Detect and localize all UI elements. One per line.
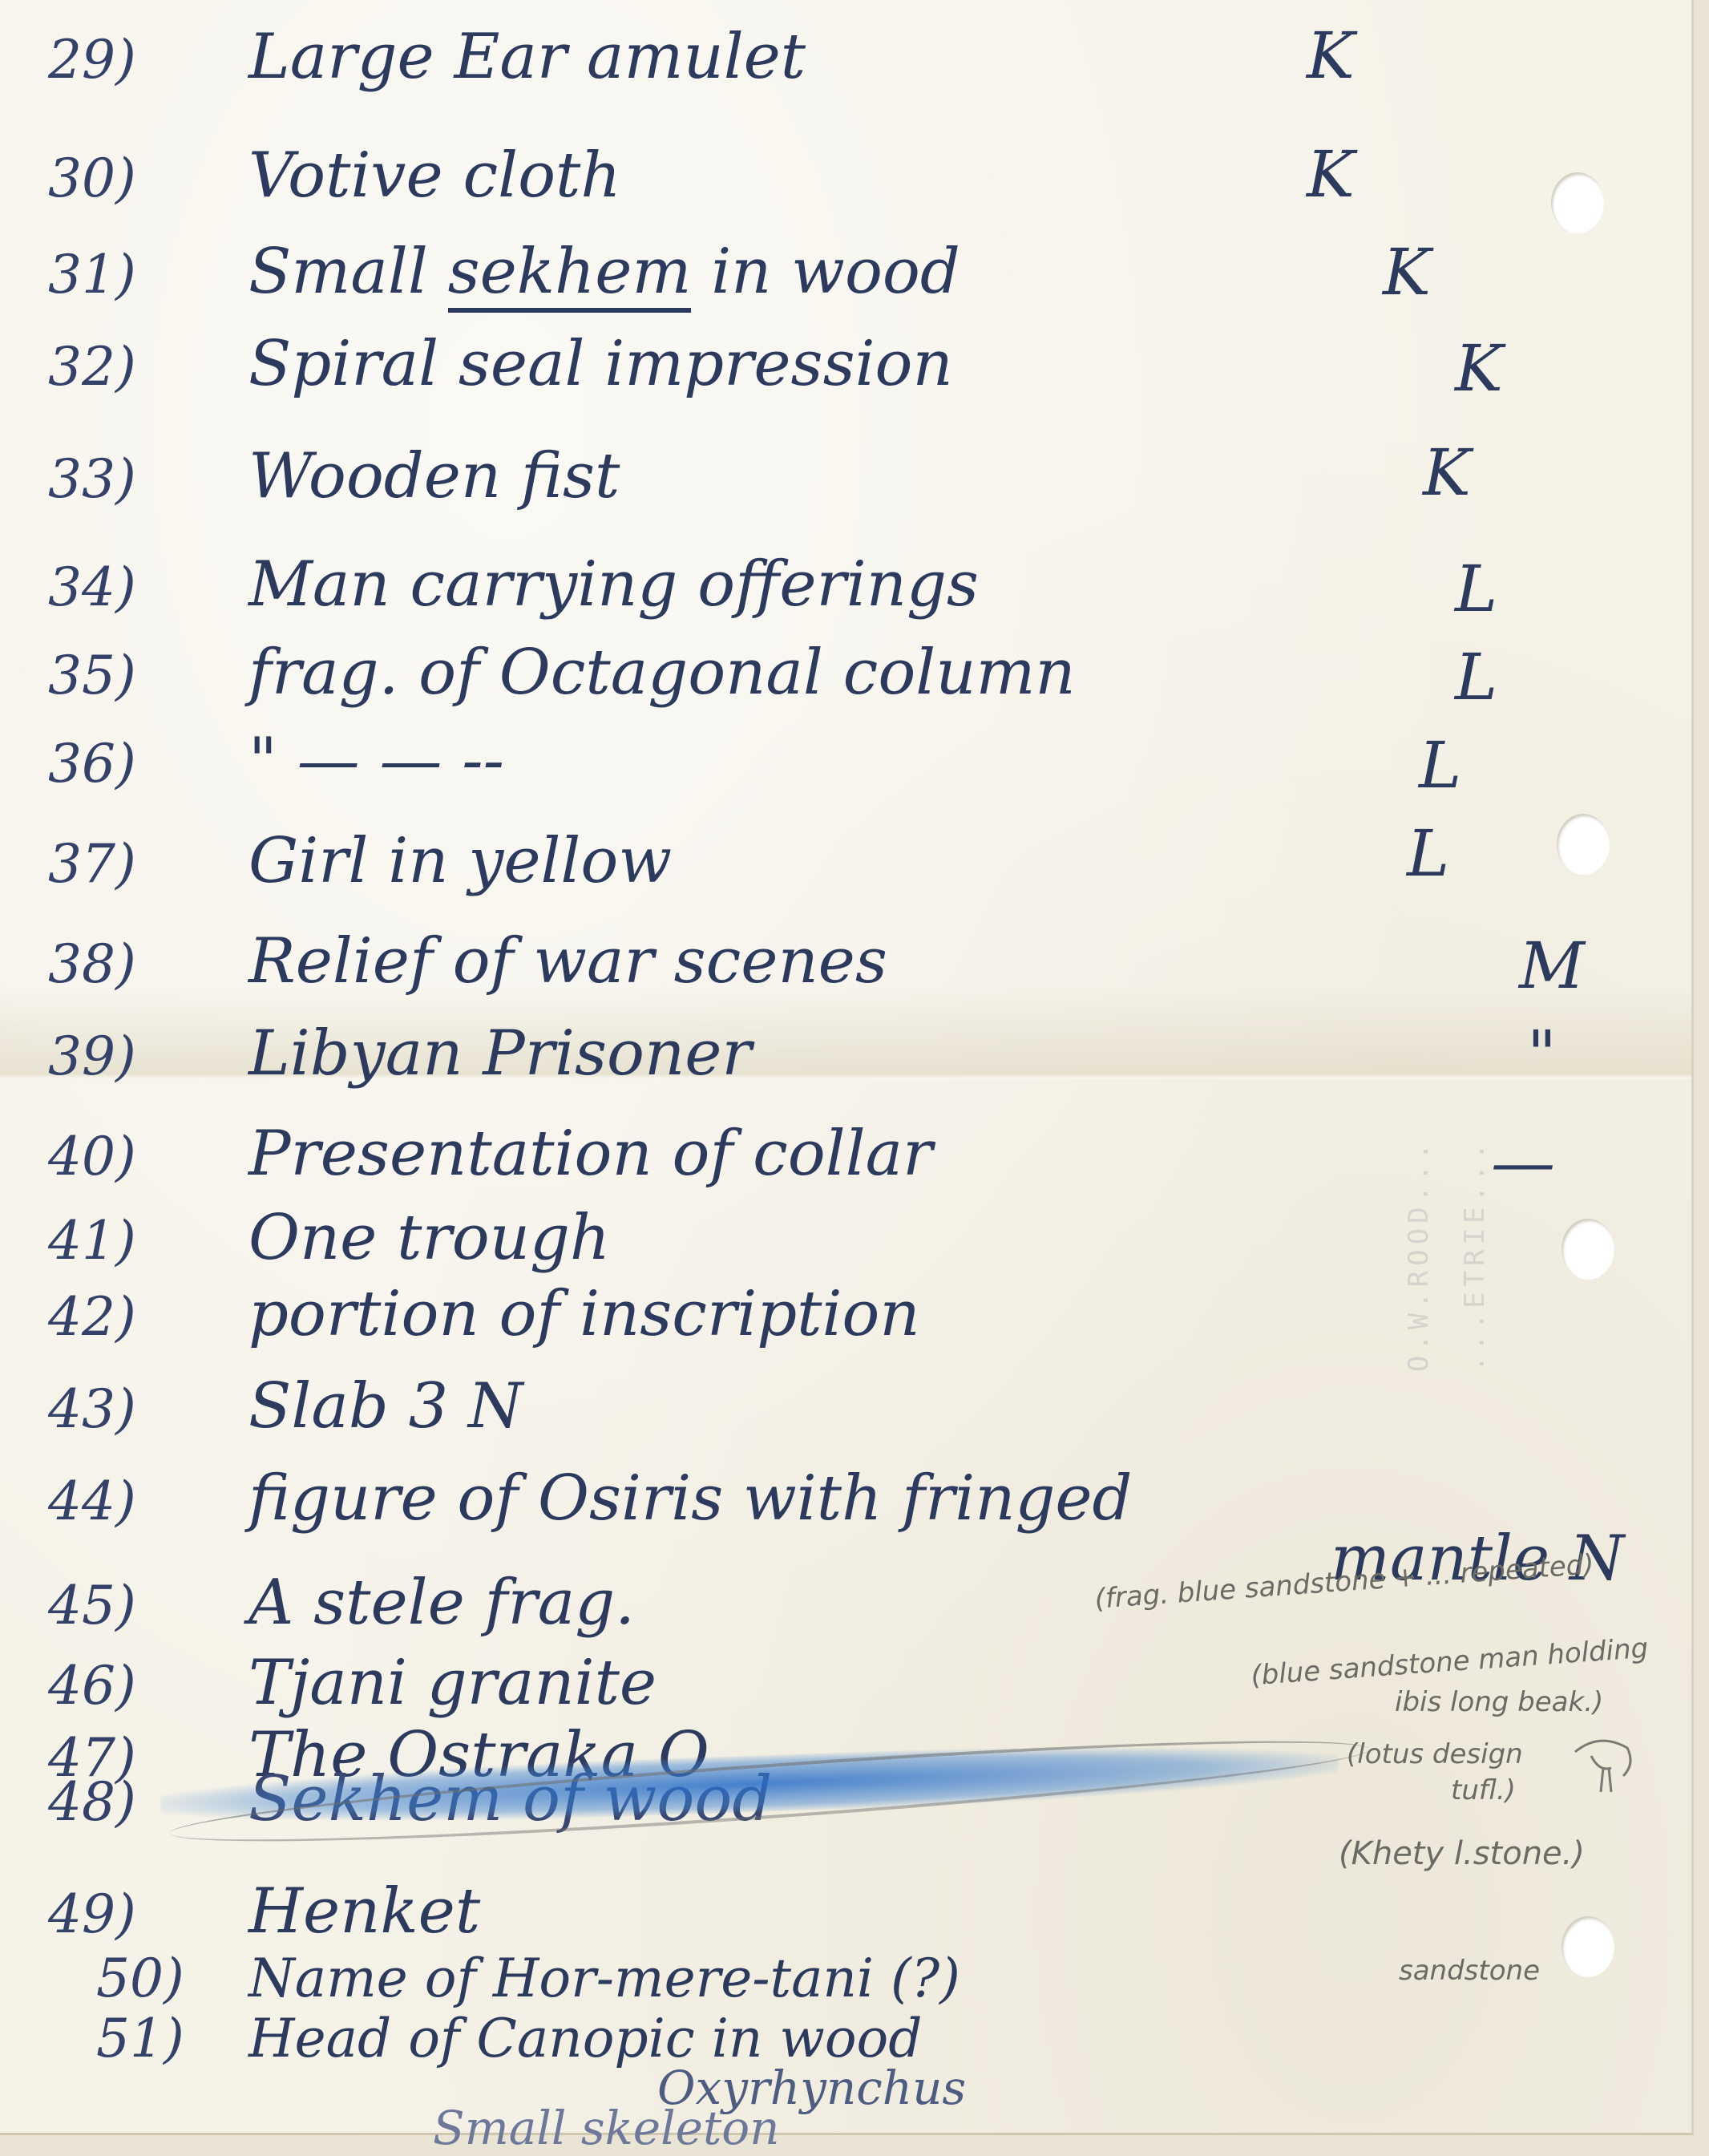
item-number: 32) bbox=[48, 341, 248, 394]
item-number: 38) bbox=[48, 938, 248, 991]
list-item: 40)Presentation of collar bbox=[48, 1122, 932, 1185]
item-number: 33) bbox=[48, 453, 248, 506]
item-description: frag. of Octagonal column bbox=[248, 641, 1076, 704]
location-code: L bbox=[1455, 557, 1497, 621]
item-description: A stele frag. bbox=[248, 1571, 635, 1634]
location-code: — bbox=[1491, 1131, 1555, 1195]
location-code: K bbox=[1423, 441, 1471, 505]
list-item: 30)Votive cloth bbox=[48, 144, 621, 207]
item-number: 49) bbox=[48, 1888, 248, 1941]
item-description: Name of Hor-mere-tani (?) bbox=[248, 1952, 960, 2005]
item-number: 30) bbox=[48, 152, 248, 205]
punch-hole-lower bbox=[1562, 1219, 1614, 1280]
item-number: 37) bbox=[48, 838, 248, 891]
list-item: 44)figure of Osiris with fringed bbox=[48, 1467, 1132, 1530]
item-description: Wooden fist bbox=[248, 445, 620, 508]
pencil-note: (lotus design bbox=[1347, 1740, 1523, 1770]
list-item: 33)Wooden fist bbox=[48, 445, 620, 508]
location-code: L bbox=[1407, 822, 1449, 886]
list-item: 32)Spiral seal impression bbox=[48, 333, 953, 395]
item-description: Spiral seal impression bbox=[248, 333, 953, 395]
location-code: K bbox=[1383, 241, 1431, 305]
item-number: 34) bbox=[48, 561, 248, 614]
footer-note: Small skeleton bbox=[433, 2105, 780, 2151]
list-item: 49)Henket bbox=[48, 1880, 480, 1943]
item-description: Tjani granite bbox=[248, 1652, 657, 1714]
list-item: 45)A stele frag. bbox=[48, 1571, 635, 1634]
item-number: 46) bbox=[48, 1660, 248, 1713]
underlined-word: sekhem bbox=[448, 236, 692, 313]
ibis-sketch-icon bbox=[1567, 1728, 1639, 1800]
location-code: M bbox=[1519, 934, 1585, 998]
item-description: Slab 3 N bbox=[248, 1375, 523, 1438]
item-number: 45) bbox=[48, 1580, 248, 1632]
item-description: Large Ear amulet bbox=[248, 26, 806, 88]
list-item: 51)Head of Canopic in wood bbox=[48, 2012, 923, 2065]
list-item: 46)Tjani granite bbox=[48, 1652, 657, 1714]
item-number: 44) bbox=[48, 1475, 248, 1528]
item-number: 43) bbox=[48, 1383, 248, 1436]
pencil-note: ibis long beak.) bbox=[1395, 1688, 1603, 1717]
list-item: 29)Large Ear amulet bbox=[48, 26, 806, 88]
show-through-watermark: O.W.ROOD... ...ETRIE... bbox=[1391, 1139, 1503, 1372]
pencil-note: (blue sandstone man holding bbox=[1250, 1634, 1649, 1692]
item-description: Votive cloth bbox=[248, 144, 621, 207]
list-item: 31)Small sekhem in wood bbox=[48, 241, 960, 303]
location-code: L bbox=[1419, 734, 1461, 798]
item-description: Small bbox=[248, 236, 448, 308]
pencil-note: sandstone bbox=[1399, 1956, 1540, 1986]
item-description: " — — -- bbox=[248, 730, 504, 792]
item-description: Man carrying offerings bbox=[248, 553, 979, 616]
item-description: Presentation of collar bbox=[248, 1122, 932, 1185]
location-code: K bbox=[1307, 24, 1355, 88]
pencil-note: (Khety l.stone.) bbox=[1339, 1836, 1585, 1871]
list-item: 41)One trough bbox=[48, 1207, 610, 1269]
list-item: 37)Girl in yellow bbox=[48, 830, 672, 892]
item-description: portion of inscription bbox=[248, 1283, 920, 1345]
punch-hole-top bbox=[1551, 172, 1604, 233]
location-code: L bbox=[1455, 645, 1497, 710]
location-code: K bbox=[1307, 143, 1355, 207]
item-number: 40) bbox=[48, 1131, 248, 1183]
item-description: Relief of war scenes bbox=[248, 930, 887, 993]
item-number: 50) bbox=[48, 1952, 248, 2005]
watermark-line-1: O.W.ROOD... bbox=[1391, 1139, 1447, 1372]
item-description: Libyan Prisoner bbox=[248, 1022, 752, 1085]
item-description: in wood bbox=[691, 236, 960, 308]
list-item: 35)frag. of Octagonal column bbox=[48, 641, 1076, 704]
list-item: 43)Slab 3 N bbox=[48, 1375, 523, 1438]
list-item: 38)Relief of war scenes bbox=[48, 930, 887, 993]
item-number: 36) bbox=[48, 738, 248, 791]
item-description: Henket bbox=[248, 1880, 480, 1943]
item-description: figure of Osiris with fringed bbox=[248, 1467, 1132, 1530]
location-code: K bbox=[1455, 337, 1503, 401]
item-number: 29) bbox=[48, 34, 248, 87]
punch-hole-bottom bbox=[1562, 1916, 1614, 1977]
item-description: One trough bbox=[248, 1207, 610, 1269]
list-item: 36)" — — -- bbox=[48, 730, 504, 792]
item-description: Girl in yellow bbox=[248, 830, 672, 892]
item-description: Head of Canopic in wood bbox=[248, 2012, 923, 2065]
item-number: 31) bbox=[48, 249, 248, 301]
item-number: 39) bbox=[48, 1030, 248, 1083]
item-number: 42) bbox=[48, 1291, 248, 1344]
item-number: 51) bbox=[48, 2012, 248, 2065]
location-code: " bbox=[1527, 1022, 1557, 1086]
item-number: 41) bbox=[48, 1215, 248, 1268]
list-item: 39)Libyan Prisoner bbox=[48, 1022, 752, 1085]
pencil-note: tufl.) bbox=[1451, 1776, 1516, 1806]
list-item: 34)Man carrying offerings bbox=[48, 553, 979, 616]
item-number: 35) bbox=[48, 649, 248, 702]
punch-hole-middle bbox=[1557, 814, 1610, 875]
paper-sheet: O.W.ROOD... ...ETRIE... 29)Large Ear amu… bbox=[0, 0, 1694, 2135]
list-item: 42)portion of inscription bbox=[48, 1283, 920, 1345]
list-item: 50)Name of Hor-mere-tani (?) bbox=[48, 1952, 960, 2005]
